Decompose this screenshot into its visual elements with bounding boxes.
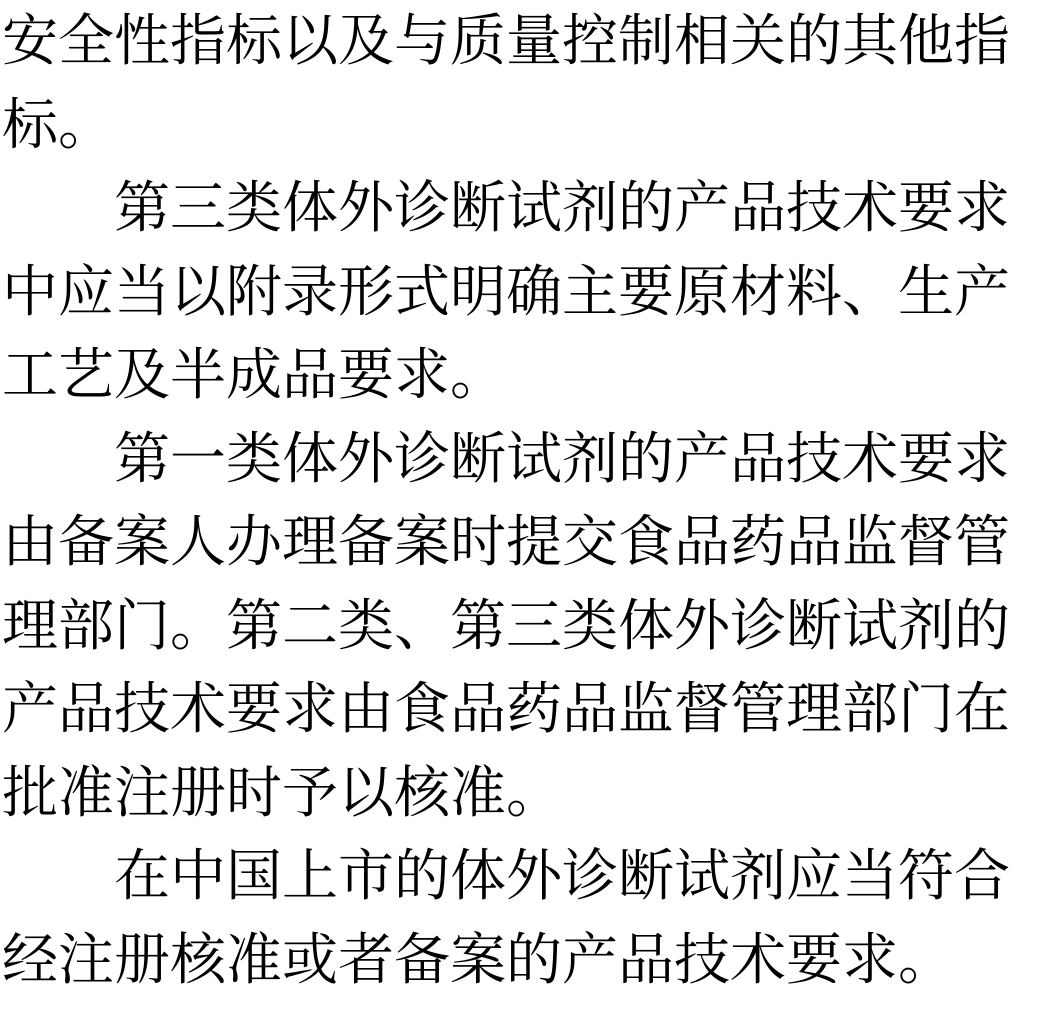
text-line-4: 中应当以附录形式明确主要原材料、生产	[2, 251, 1058, 335]
document-body: 安全性指标以及与质量控制相关的其他指 标。 第三类体外诊断试剂的产品技术要求 中…	[2, 0, 1058, 1002]
text-line-8: 理部门。第二类、第三类体外诊断试剂的	[2, 585, 1058, 669]
paragraph-start-line-3: 第三类体外诊断试剂的产品技术要求	[2, 167, 1058, 251]
text-line-12: 经注册核准或者备案的产品技术要求。	[2, 919, 1058, 1003]
text-line-10: 批准注册时予以核准。	[2, 752, 1058, 836]
text-line-9: 产品技术要求由食品药品监督管理部门在	[2, 668, 1058, 752]
text-line-2: 标。	[2, 84, 1058, 168]
text-line-7: 由备案人办理备案时提交食品药品监督管	[2, 501, 1058, 585]
text-line-5: 工艺及半成品要求。	[2, 334, 1058, 418]
text-line-1: 安全性指标以及与质量控制相关的其他指	[2, 0, 1058, 84]
paragraph-start-line-6: 第一类体外诊断试剂的产品技术要求	[2, 418, 1058, 502]
paragraph-start-line-11: 在中国上市的体外诊断试剂应当符合	[2, 835, 1058, 919]
